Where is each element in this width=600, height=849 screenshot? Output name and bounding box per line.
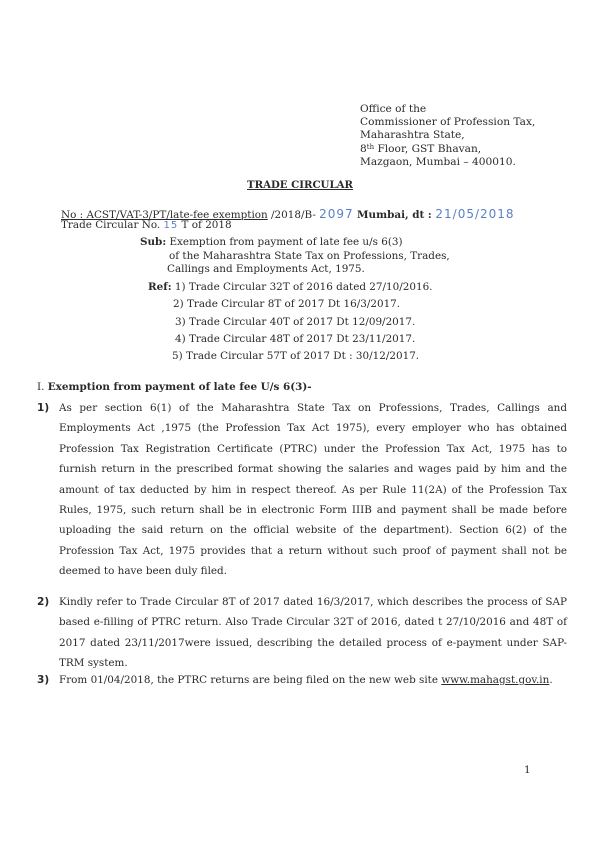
section-heading: I. Exemption from payment of late fee U/… bbox=[37, 381, 312, 393]
subject-text: Exemption from payment of late fee u/s 6… bbox=[166, 236, 402, 248]
reference-suffix: /2018/B- bbox=[268, 209, 316, 221]
reference-item: 4) Trade Circular 48T of 2017 Dt 23/11/2… bbox=[148, 331, 433, 348]
reference-item: 5) Trade Circular 57T of 2017 Dt : 30/12… bbox=[148, 348, 433, 365]
paragraph-text: As per section 6(1) of the Maharashtra S… bbox=[59, 398, 567, 582]
subject-line: Callings and Employments Act, 1975. bbox=[140, 263, 450, 277]
circular-number-suffix: T of 2018 bbox=[178, 219, 231, 231]
floor-number: 8 bbox=[360, 143, 367, 155]
office-line: Maharashtra State, bbox=[360, 129, 535, 142]
section-heading-text: Exemption from payment of late fee U/s 6… bbox=[48, 381, 312, 393]
paragraph-text: Kindly refer to Trade Circular 8T of 201… bbox=[59, 592, 567, 674]
floor-rest: Floor, GST Bhavan, bbox=[374, 143, 481, 155]
subject-line: Sub: Exemption from payment of late fee … bbox=[140, 236, 450, 250]
paragraph-number: 2) bbox=[37, 592, 49, 612]
office-line: 8th Floor, GST Bhavan, bbox=[360, 143, 535, 156]
place-date-label: Mumbai, dt : bbox=[357, 209, 435, 221]
circular-number: Trade Circular No. 15 T of 2018 bbox=[61, 219, 232, 231]
subject-block: Sub: Exemption from payment of late fee … bbox=[140, 236, 450, 277]
references-block: Ref: 1) Trade Circular 32T of 2016 dated… bbox=[148, 279, 433, 365]
handwritten-date: 21/05/2018 bbox=[435, 207, 514, 221]
website-link[interactable]: www.mahagst.gov.in bbox=[441, 674, 549, 686]
paragraph-text: From 01/04/2018, the PTRC returns are be… bbox=[59, 670, 567, 690]
paragraph-number: 3) bbox=[37, 670, 49, 690]
page-number: 1 bbox=[524, 764, 531, 776]
office-line: Mazgaon, Mumbai – 400010. bbox=[360, 156, 535, 169]
subject-label: Sub: bbox=[140, 236, 166, 248]
subject-line: of the Maharashtra State Tax on Professi… bbox=[140, 250, 450, 264]
paragraph-3: 3) From 01/04/2018, the PTRC returns are… bbox=[37, 670, 567, 690]
paragraph-1: 1) As per section 6(1) of the Maharashtr… bbox=[37, 398, 567, 582]
paragraph-text-body: From 01/04/2018, the PTRC returns are be… bbox=[59, 674, 441, 686]
section-numeral: I. bbox=[37, 381, 48, 393]
document-title: TRADE CIRCULAR bbox=[0, 179, 600, 191]
reference-text: 1) Trade Circular 32T of 2016 dated 27/1… bbox=[172, 281, 433, 293]
office-line: Commissioner of Profession Tax, bbox=[360, 116, 535, 129]
paragraph-2: 2) Kindly refer to Trade Circular 8T of … bbox=[37, 592, 567, 674]
reference-item: 2) Trade Circular 8T of 2017 Dt 16/3/201… bbox=[148, 296, 433, 313]
document-page: Office of the Commissioner of Profession… bbox=[0, 0, 600, 849]
paragraph-text-end: . bbox=[549, 674, 552, 686]
floor-superscript: th bbox=[367, 143, 374, 151]
office-line: Office of the bbox=[360, 103, 535, 116]
paragraph-number: 1) bbox=[37, 398, 49, 418]
reference-item: Ref: 1) Trade Circular 32T of 2016 dated… bbox=[148, 279, 433, 296]
reference-item: 3) Trade Circular 40T of 2017 Dt 12/09/2… bbox=[148, 314, 433, 331]
office-address: Office of the Commissioner of Profession… bbox=[360, 103, 535, 169]
handwritten-number: 2097 bbox=[319, 207, 354, 221]
handwritten-circular-number: 15 bbox=[164, 220, 179, 231]
reference-label: Ref: bbox=[148, 281, 172, 293]
circular-number-prefix: Trade Circular No. bbox=[61, 219, 164, 231]
